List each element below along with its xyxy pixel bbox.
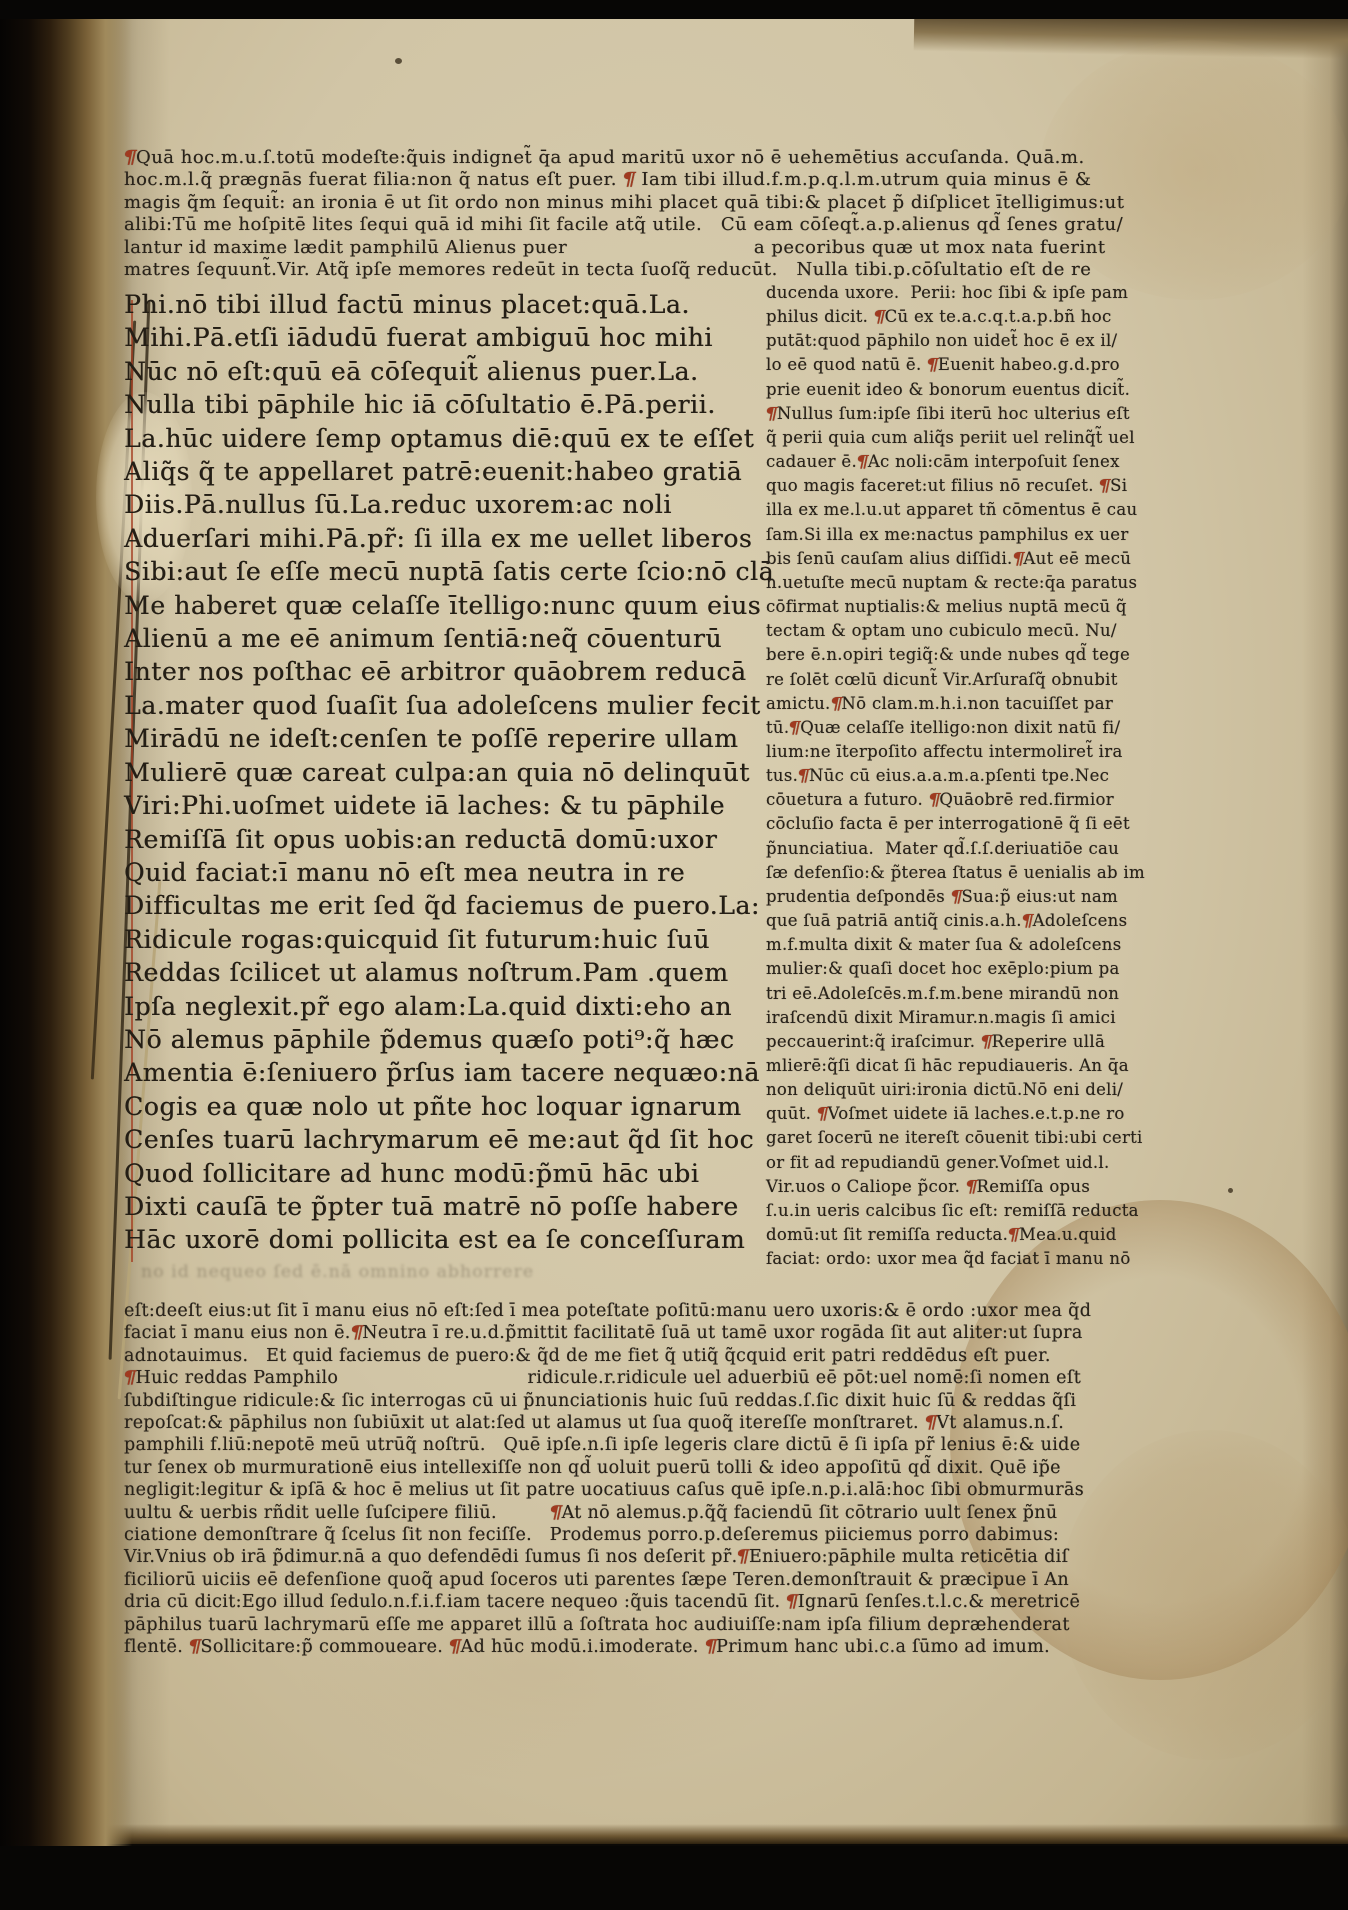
text-line: ciatione demonſtrare q̃ ſcelus ſit non f… (124, 1524, 1124, 1546)
text-line: Mulierē quæ careat culpa:an quia nō deli… (124, 756, 774, 789)
text-line: bere ē.n.opiri tegiq̃:& unde nubes qd̃ t… (766, 643, 1112, 667)
text-line: cadauer ē.¶Ac noli:cām interpoſuit ſenex (766, 450, 1112, 474)
text-line: faciat ī manu eius non ē.¶Neutra ī re.u.… (124, 1322, 1124, 1344)
text-line: peccauerint:q̃ iraſcimur. ¶Reperire ullā (766, 1030, 1112, 1054)
page-right-edge-shadow (1302, 18, 1348, 1844)
text-line: tur ſenex ob murmurationē eius intellexi… (124, 1457, 1124, 1479)
text-line: Sibi:aut ſe eſſe mecū nuptā ſatis certe … (124, 555, 774, 588)
text-line: domū:ut ſit remiſſa reducta.¶Mea.u.quid (766, 1223, 1112, 1247)
text-line: Quid faciat:ī manu nō eſt mea neutra in … (124, 856, 774, 889)
text-line: flentē. ¶Sollicitare:p̃ commoueare. ¶Ad … (124, 1636, 1124, 1658)
text-line: Aduerſari mihi.Pā.pr̃: ſi illa ex me uel… (124, 522, 774, 555)
text-line: dria cū dicit:Ego illud ſedulo.n.f.i.f.i… (124, 1591, 1124, 1613)
text-line: Cenſes tuarū lachrymarum eē me:aut q̃d ſ… (124, 1123, 774, 1156)
text-line: Inter nos poſthac eē arbitror quāobrem r… (124, 655, 774, 688)
text-line: iraſcendū dixit Miramur.n.magis ſi amici (766, 1006, 1112, 1030)
offset-ghost-text: no id nequeo ſed ē.nā omnino abhorrere (141, 1262, 1059, 1282)
text-line: repoſcat:& pāphilus non ſubiūxit ut alat… (124, 1412, 1124, 1434)
text-line: cōuetura a futuro. ¶Quāobrē red.firmior (766, 788, 1112, 812)
text-line: Cogis ea quæ nolo ut pñte hoc loquar ign… (124, 1090, 774, 1123)
commentary-column: ducenda uxore. Perii: hoc ſibi & ipſe pa… (766, 281, 1112, 1271)
pilcrow-mark: ¶ (923, 353, 942, 377)
pilcrow-mark: ¶ (120, 147, 140, 169)
text-line: Hāc uxorē domi pollicita est ea ſe conce… (124, 1223, 774, 1256)
text-line: ¶Huic reddas Pamphilo ridicule.r.ridicul… (124, 1367, 1124, 1389)
pilcrow-mark: ¶ (619, 169, 639, 191)
text-line: Mihi.Pā.etſi iādudū fuerat ambiguū hoc m… (124, 321, 774, 354)
text-line: amictu.¶Nō clam.m.h.i.non tacuiſſet par (766, 692, 1112, 716)
text-line: ſubdiſtingue ridicule:& ſic interrogas c… (124, 1390, 1124, 1412)
text-line: lantur id maxime lædit pamphilū Alienus … (124, 237, 1119, 259)
text-line: Phi.nō tibi illud factū minus placet:quā… (124, 288, 774, 321)
text-line: negligit:legitur & ipſā & hoc ē melius u… (124, 1479, 1124, 1501)
text-line: non deliquūt uiri:ironia dictū.Nō eni de… (766, 1078, 1112, 1102)
text-line: La.hūc uidere ſemp optamus diē:quū ex te… (124, 422, 774, 455)
pilcrow-mark: ¶ (347, 1322, 366, 1344)
text-line: eſt:deeſt eius:ut ſit ī manu eius nō eſt… (124, 1300, 1124, 1322)
scan-border-bottom (0, 1846, 1348, 1910)
text-line: q̃ perii quia cum aliq̃s periit uel reli… (766, 426, 1112, 450)
pilcrow-mark: ¶ (1095, 474, 1114, 498)
text-line: ¶Quā hoc.m.u.ſ.totū modeſte:q̃uis indign… (124, 147, 1119, 169)
text-line: adnotauimus. Et quid faciemus de puero:&… (124, 1345, 1124, 1367)
text-line: Remiſſā ſit opus uobis:an reductā domū:u… (124, 823, 774, 856)
pilcrow-mark: ¶ (827, 692, 846, 716)
page-stack-edge (84, 1824, 1348, 1844)
text-line: matres ſequunt̃.Vir. Atq̃ ipſe memores r… (124, 259, 1119, 281)
text-line: tectam & optam uno cubiculo mecū. Nu/ (766, 619, 1112, 643)
text-line: hoc.m.l.q̃ prægnās fuerat filia:non q̃ n… (124, 169, 1119, 191)
scan-border-top (0, 0, 1348, 19)
text-line: garet ſocerū ne itereſt cōuenit tibi:ubi… (766, 1126, 1112, 1150)
text-line: que ſuā patriā antiq̃ cinis.a.h.¶Adoleſc… (766, 909, 1112, 933)
pilcrow-mark: ¶ (947, 885, 966, 909)
text-line: tū.¶Quæ celaſſe itelligo:non dixit natū … (766, 716, 1112, 740)
text-line: Nō alemus pāphile p̃demus quæſo poti⁹:q̃… (124, 1023, 774, 1056)
text-line: n.uetuſte mecū nuptam & recte:q̄a paratu… (766, 571, 1112, 595)
text-line: Nulla tibi pāphile hic iā cōſultatio ē.P… (124, 388, 774, 421)
text-line: prudentia deſpondēs ¶Sua:p̃ eius:ut nam (766, 885, 1112, 909)
pilcrow-mark: ¶ (853, 450, 872, 474)
text-line: pamphili f.liū:nepotē meū utrūq̃ noſtrū.… (124, 1434, 1124, 1456)
pilcrow-mark: ¶ (734, 1546, 753, 1568)
text-line: Dixti cauſā te p̃pter tuā matrē nō poſſe… (124, 1190, 774, 1223)
text-line: Amentia ē:ſeniuero p̃rſus iam tacere neq… (124, 1056, 774, 1089)
binding-spine (0, 0, 132, 1910)
text-line: Ridicule rogas:quicquid ſit futurum:huic… (124, 923, 774, 956)
pilcrow-mark: ¶ (701, 1636, 720, 1658)
pilcrow-mark: ¶ (870, 305, 889, 329)
text-line: or fit ad repudiandū gener.Voſmet uid.l. (766, 1151, 1112, 1175)
text-line: Mirādū ne ideſt:cenſen te poſſē reperire… (124, 722, 774, 755)
text-line: Diis.Pā.nullus ſū.La.reduc uxorem:ac nol… (124, 488, 774, 521)
pilcrow-mark: ¶ (925, 788, 944, 812)
incunabulum-page-scan: ¶Quā hoc.m.u.ſ.totū modeſte:q̃uis indign… (0, 0, 1348, 1910)
pilcrow-mark: ¶ (445, 1636, 464, 1658)
pilcrow-mark: ¶ (1009, 547, 1028, 571)
top-text-block: ¶Quā hoc.m.u.ſ.totū modeſte:q̃uis indign… (124, 147, 1119, 281)
text-line: La.mater quod ſuaſit ſua adoleſcens muli… (124, 689, 774, 722)
text-line: mulier:& quaſi docet hoc exēplo:pium pa (766, 957, 1112, 981)
text-line: bis ſenū cauſam alius diſſidi.¶Aut eē me… (766, 547, 1112, 571)
text-line: tus.¶Nūc cū eius.a.a.m.a.pſenti tpe.Nec (766, 764, 1112, 788)
text-line: lium:ne īterpoſito affectu intermoliret̃… (766, 740, 1112, 764)
text-line: ducenda uxore. Perii: hoc ſibi & ipſe pa… (766, 281, 1112, 305)
text-line: ¶Nullus ſum:ipſe ſibi iterū hoc ulterius… (766, 402, 1112, 426)
text-line: ſ.u.in ueris calcibus ſic eſt: remiſſā r… (766, 1199, 1112, 1223)
pilcrow-mark: ¶ (921, 1412, 940, 1434)
ink-speck (395, 58, 402, 64)
play-text-column: Phi.nō tibi illud factū minus placet:quā… (124, 288, 774, 1257)
pilcrow-mark: ¶ (785, 716, 804, 740)
pilcrow-mark: ¶ (1004, 1223, 1023, 1247)
text-line: Vir.Vnius ob irā p̃dimur.nā a quo defend… (124, 1546, 1124, 1568)
text-line: Difficultas me erit ſed q̃d faciemus de … (124, 889, 774, 922)
text-line: tri eē.Adoleſcēs.m.f.m.bene mirandū non (766, 982, 1112, 1006)
text-line: magis q̃m ſequit̃: an ironia ē ut ſit or… (124, 192, 1119, 214)
text-line: uultu & uerbis rñdit uelle ſuſcipere fil… (124, 1502, 1124, 1524)
text-line: putāt:quod pāphilo non uidet̃ hoc ē ex i… (766, 329, 1112, 353)
text-line: alibi:Tū me hoſpitē lites ſequi quā id m… (124, 214, 1119, 236)
text-line: philus dicit. ¶Cū ex te.a.c.q.t.a.p.bñ h… (766, 305, 1112, 329)
pilcrow-mark: ¶ (794, 764, 813, 788)
text-line: p̃nunciatiua. Mater qd̃.ſ.ſ.deriuatiōe c… (766, 837, 1112, 861)
pilcrow-mark: ¶ (120, 1367, 139, 1389)
ink-speck (1228, 1188, 1233, 1193)
text-line: ſæ defenſio:& p̃terea ſtatus ē uenialis … (766, 861, 1112, 885)
pilcrow-mark: ¶ (962, 1175, 981, 1199)
text-line: illa ex me.l.u.ut apparet tñ cōmentus ē … (766, 498, 1112, 522)
text-line: lo eē quod natū ē. ¶Euenit habeo.g.d.pro (766, 353, 1112, 377)
text-line: Alienū a me eē animum ſentiā:neq̃ cōuent… (124, 622, 774, 655)
text-line: Quod ſollicitare ad hunc modū:p̃mū hāc u… (124, 1157, 774, 1190)
text-line: prie euenit ideo & bonorum euentus dicit… (766, 378, 1112, 402)
text-line: quo magis faceret:ut filius nō recuſet. … (766, 474, 1112, 498)
text-line: cōcluſio facta ē per interrogationē q̃ ſ… (766, 812, 1112, 836)
text-line: m.f.multa dixit & mater ſua & adoleſcens (766, 933, 1112, 957)
text-line: Me haberet quæ celaſſe ītelligo:nunc quu… (124, 589, 774, 622)
text-line: re ſolēt cœlū dicunt̃ Vir.Arſuraſq̃ obnu… (766, 668, 1112, 692)
pilcrow-mark: ¶ (977, 1030, 996, 1054)
text-line: ficiliorū uiciis eē defenſione quoq̃ apu… (124, 1569, 1124, 1591)
text-line: cōfirmat nuptialis:& melius nuptā mecū q… (766, 595, 1112, 619)
text-line: quūt. ¶Voſmet uidete iā laches.e.t.p.ne … (766, 1102, 1112, 1126)
text-line: Viri:Phi.uoſmet uidete iā laches: & tu p… (124, 789, 774, 822)
text-line: Ipſa neglexit.pr̃ ego alam:La.quid dixti… (124, 990, 774, 1023)
pilcrow-mark: ¶ (813, 1102, 832, 1126)
text-line: Nūc nō eſt:quū eā cōſequit̃ alienus puer… (124, 355, 774, 388)
bottom-commentary-block: eſt:deeſt eius:ut ſit ī manu eius nō eſt… (124, 1300, 1124, 1659)
text-line: Vir.uos o Caliope p̃cor. ¶Remiſſa opus (766, 1175, 1112, 1199)
text-line: ſam.Si illa ex me:nactus pamphilus ex ue… (766, 523, 1112, 547)
text-line: pāphilus tuarū lachrymarū eſſe me appare… (124, 1614, 1124, 1636)
text-line: Reddas ſcilicet ut alamus noſtrum.Pam .q… (124, 956, 774, 989)
pilcrow-mark: ¶ (185, 1636, 204, 1658)
pilcrow-mark: ¶ (782, 1591, 801, 1613)
text-line: mlierē:q̃ſi dicat ſi hāc repudiaueris. A… (766, 1054, 1112, 1078)
pilcrow-mark: ¶ (546, 1502, 565, 1524)
text-line: Aliq̃s q̃ te appellaret patrē:euenit:hab… (124, 455, 774, 488)
pilcrow-mark: ¶ (1018, 909, 1037, 933)
